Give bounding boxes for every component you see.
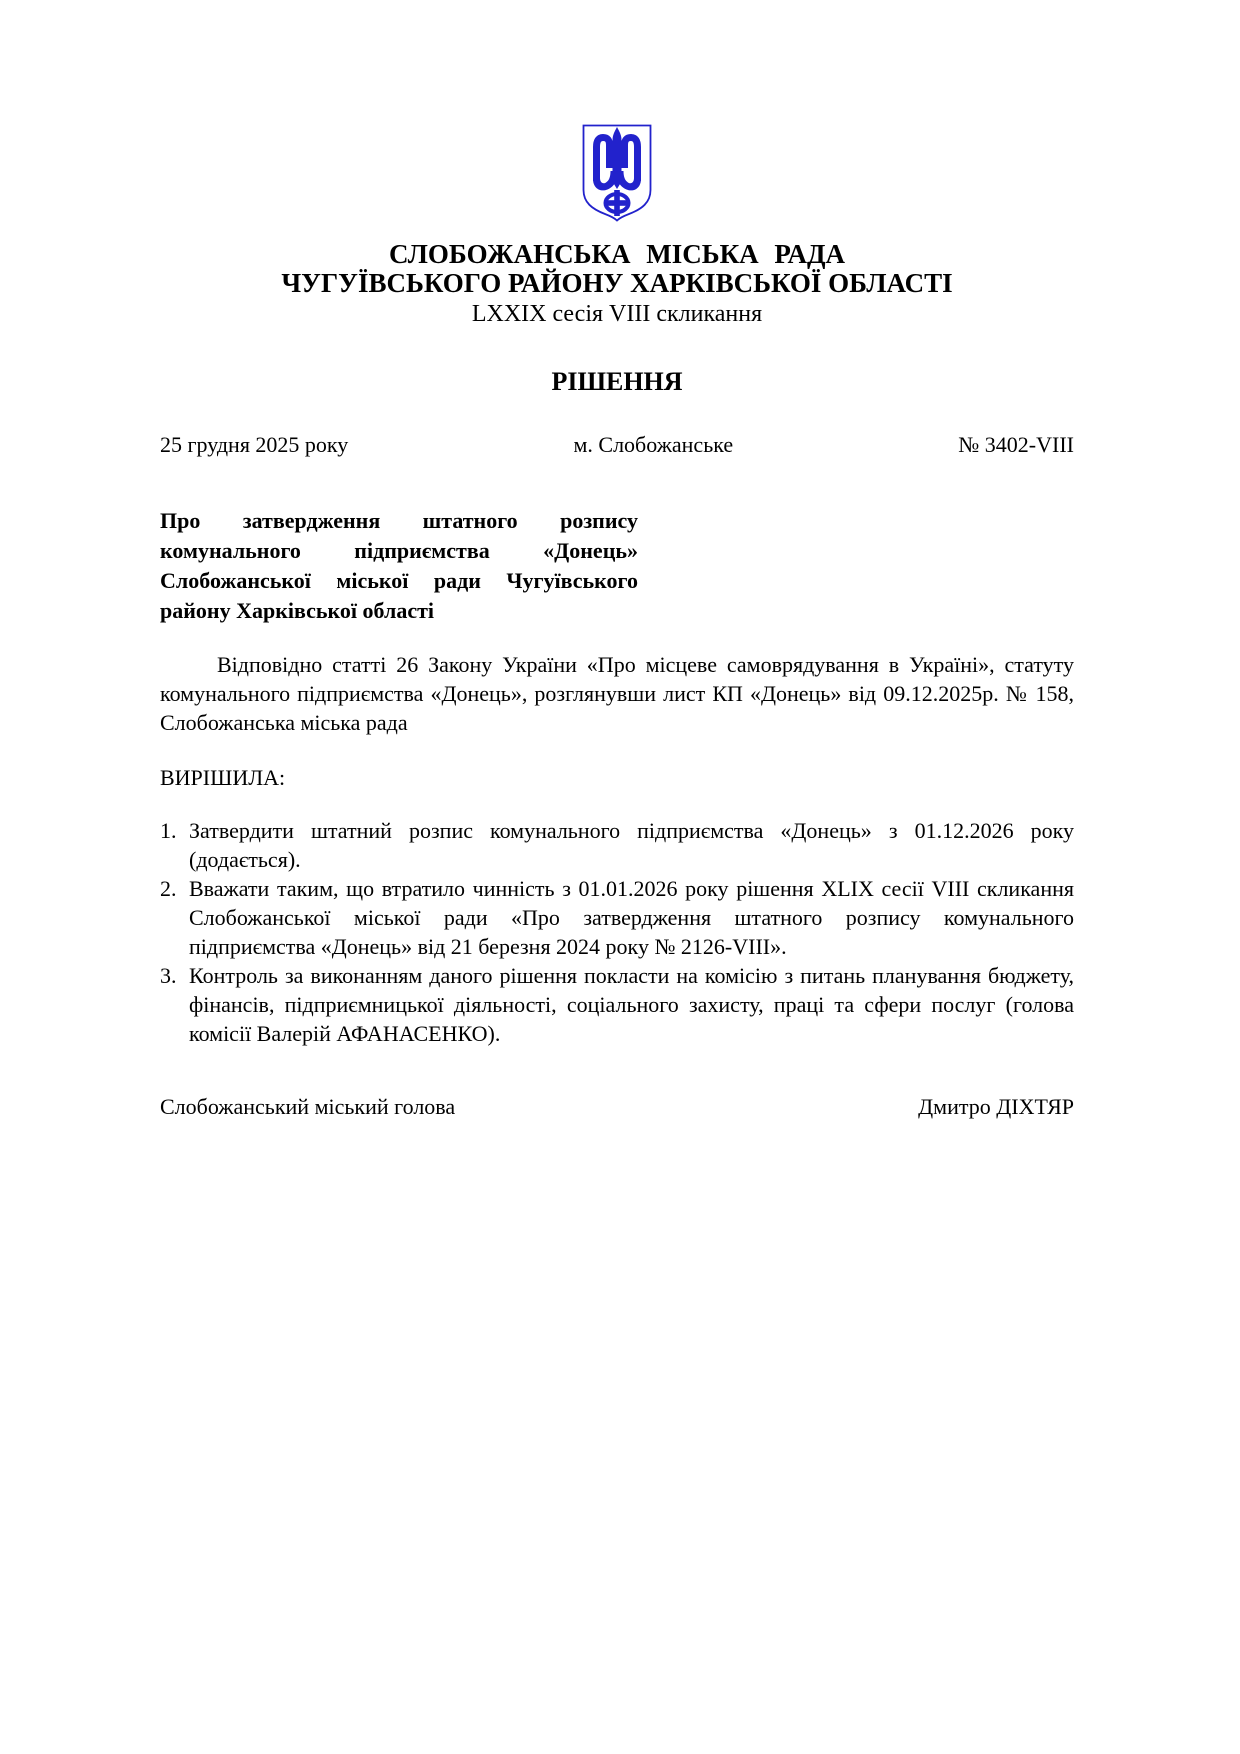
subject-paragraph: Про затвердження штатного розпису комуна… [160, 506, 638, 626]
document-date: 25 грудня 2025 року [160, 432, 348, 458]
coat-of-arms-icon [579, 124, 655, 222]
list-item-text: Вважати таким, що втратило чинність з 01… [189, 874, 1074, 961]
list-item: 2. Вважати таким, що втратило чинність з… [160, 874, 1074, 961]
resolved-label: ВИРІШИЛА: [160, 763, 1074, 792]
list-item: 1. Затвердити штатний розпис комунальног… [160, 816, 1074, 874]
org-name-line-1: СЛОБОЖАНСЬКА МІСЬКА РАДА [160, 240, 1074, 269]
org-name-line-2: ЧУГУЇВСЬКОГО РАЙОНУ ХАРКІВСЬКОЇ ОБЛАСТІ [160, 269, 1074, 298]
signature-name: Дмитро ДІХТЯР [918, 1094, 1074, 1120]
list-item-number: 1. [160, 816, 189, 874]
signature-row: Слобожанський міський голова Дмитро ДІХТ… [160, 1094, 1074, 1120]
document-number: № 3402-VIII [958, 432, 1074, 458]
list-item: 3. Контроль за виконанням даного рішення… [160, 961, 1074, 1048]
list-item-number: 2. [160, 874, 189, 961]
session-line: LXXIX сесія VIII скликання [160, 300, 1074, 328]
preamble-paragraph: Відповідно статті 26 Закону України «Про… [160, 650, 1074, 737]
list-item-text: Контроль за виконанням даного рішення по… [189, 961, 1074, 1048]
signature-title: Слобожанський міський голова [160, 1094, 455, 1120]
document-type-title: РІШЕННЯ [160, 368, 1074, 396]
meta-row: 25 грудня 2025 року м. Слобожанське № 34… [160, 432, 1074, 458]
resolution-list: 1. Затвердити штатний розпис комунальног… [160, 816, 1074, 1048]
list-item-text: Затвердити штатний розпис комунального п… [189, 816, 1074, 874]
document-page: СЛОБОЖАНСЬКА МІСЬКА РАДА ЧУГУЇВСЬКОГО РА… [0, 0, 1240, 1754]
emblem-container [160, 0, 1074, 227]
document-place: м. Слобожанське [573, 432, 733, 458]
list-item-number: 3. [160, 961, 189, 1048]
